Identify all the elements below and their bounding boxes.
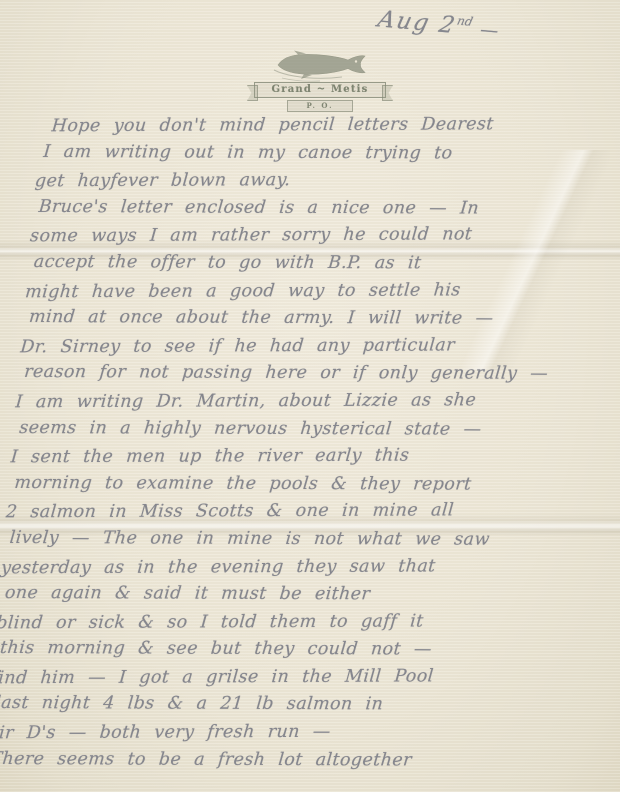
letter-line: I am writing Dr. Martin, about Lizzie as… (14, 387, 611, 417)
letterhead-banner: Grand ~ Metis (254, 82, 386, 98)
date-dash: — (478, 19, 501, 41)
letter-line: reason for not passing here or if only g… (17, 359, 613, 389)
letterhead-po-label: P. O. (287, 100, 353, 112)
letter-line: this morning & see but they could not — (0, 635, 589, 665)
date-ordinal: nd (456, 14, 475, 29)
letter-line: blind or sick & so I told them to gaff i… (0, 607, 592, 637)
letter-line: some ways I am rather sorry he could not (29, 221, 620, 251)
letter-date: Aug 2nd — (375, 7, 510, 44)
letter-line: find him — I got a grilse in the Mill Po… (0, 663, 587, 693)
letter-line: Hope you don't mind pencil letters Deare… (39, 111, 620, 141)
letter-line: seems in a highly nervous hysterical sta… (12, 414, 608, 444)
letter-line: accept the offer to go with B.P. as it (27, 249, 620, 279)
letter-line: I sent the men up the river early this (10, 442, 607, 472)
letter-line: one again & said it must be either (0, 580, 594, 610)
letter-line: mind at once about the army. I will writ… (22, 304, 618, 334)
letter-line: Bruce's letter enclosed is a nice one — … (31, 194, 620, 224)
letter-line: There seems to be a fresh lot altogether (0, 746, 579, 776)
letter-line: last night 4 lbs & a 21 lb salmon in (0, 690, 584, 720)
letter-line: Sir D's — both very fresh run — (0, 718, 582, 748)
letter-line: Dr. Sirney to see if he had any particul… (19, 331, 616, 361)
letterhead: Grand ~ Metis P. O. (250, 50, 390, 112)
letter-line: 2 salmon in Miss Scotts & one in mine al… (5, 497, 602, 527)
letter-line: might have been a good way to settle his (24, 276, 620, 306)
letter-line: lively — The one in mine is not what we … (2, 525, 598, 555)
date-text: Aug 2 (375, 7, 459, 39)
letter-line: I am writing out in my canoe trying to (36, 139, 620, 169)
letter-line: morning to examine the pools & they repo… (7, 470, 603, 500)
letter-line: get hayfever blown away. (34, 166, 620, 196)
letter-body: Hope you don't mind pencil letters Deare… (0, 112, 620, 774)
salmon-fish-icon (268, 50, 372, 84)
letter-page: Aug 2nd — Grand ~ Metis P. O. Hope you d… (0, 0, 620, 792)
letter-line: yesterday as in the evening they saw tha… (0, 552, 596, 582)
